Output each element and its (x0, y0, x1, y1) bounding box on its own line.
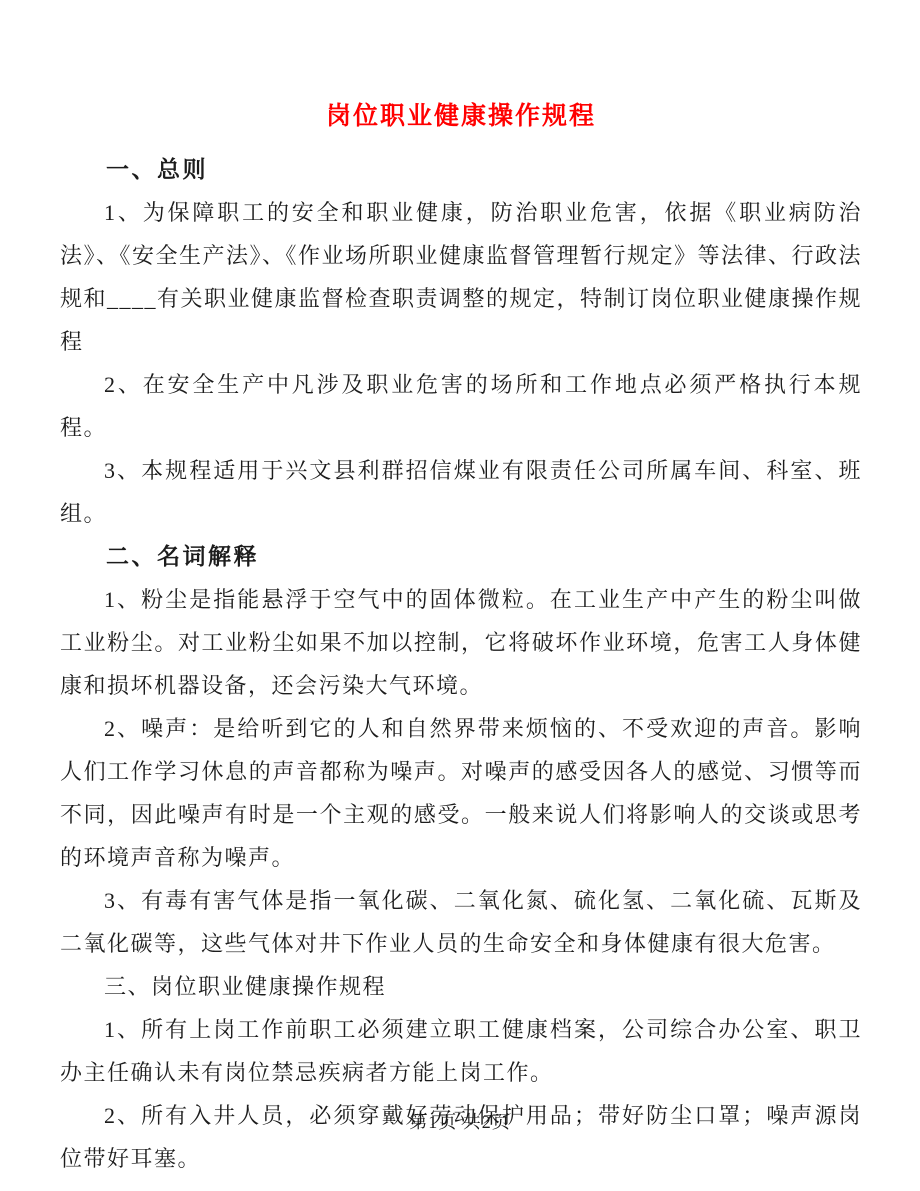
paragraph: 3、有毒有害气体是指一氧化碳、二氧化氮、硫化氢、二氧化硫、瓦斯及二氧化碳等，这些… (60, 879, 862, 965)
document-title: 岗位职业健康操作规程 (60, 94, 862, 138)
section-heading-definitions: 二、名词解释 (60, 535, 862, 578)
paragraph: 1、所有上岗工作前职工必须建立职工健康档案，公司综合办公室、职卫办主任确认未有岗… (60, 1008, 862, 1094)
paragraph: 1、为保障职工的安全和职业健康，防治职业危害，依据《职业病防治法》、《安全生产法… (60, 191, 862, 363)
paragraph: 3、本规程适用于兴文县利群招信煤业有限责任公司所属车间、科室、班组。 (60, 449, 862, 535)
paragraph: 2、所有入井人员，必须穿戴好劳动保护用品；带好防尘口罩；噪声源岗位带好耳塞。 (60, 1094, 862, 1180)
paragraph: 2、在安全生产中凡涉及职业危害的场所和工作地点必须严格执行本规程。 (60, 363, 862, 449)
document-content: 岗位职业健康操作规程 一、总则 1、为保障职工的安全和职业健康，防治职业危害，依… (60, 94, 862, 1180)
paragraph: 2、噪声：是给听到它的人和自然界带来烦恼的、不受欢迎的声音。影响人们工作学习休息… (60, 707, 862, 879)
page-number-label: 第1页 共2页 (409, 1112, 511, 1132)
document-page: 岗位职业健康操作规程 一、总则 1、为保障职工的安全和职业健康，防治职业危害，依… (0, 0, 920, 1191)
section-heading-operating-procedures: 三、岗位职业健康操作规程 (60, 965, 862, 1008)
paragraph: 1、粉尘是指能悬浮于空气中的固体微粒。在工业生产中产生的粉尘叫做工业粉尘。对工业… (60, 578, 862, 707)
section-heading-general-rules: 一、总则 (60, 148, 862, 191)
page-footer: 第1页 共2页 (0, 1108, 920, 1134)
